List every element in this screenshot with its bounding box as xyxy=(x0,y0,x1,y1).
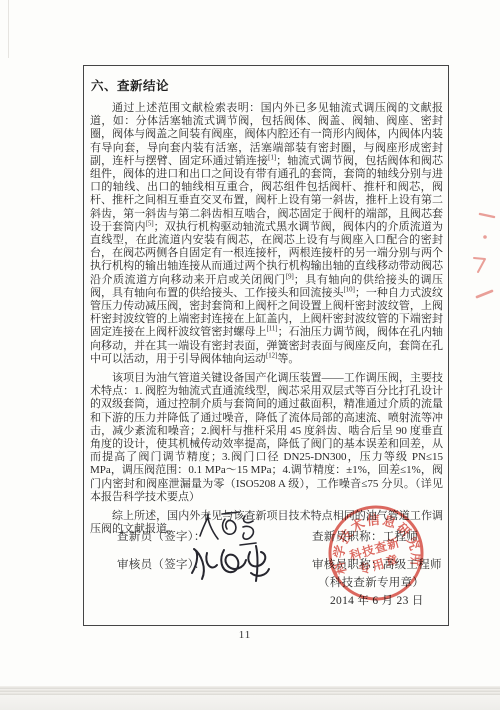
red-ink-marks xyxy=(468,200,500,310)
scan-edge-line xyxy=(8,0,9,58)
paragraph-literature-survey: 通过上述范围文献检索表明：国内外已多见轴流式调压阀的文献报道，如：分体活塞轴流式… xyxy=(90,102,443,366)
section-title: 六、查新结论 xyxy=(91,76,443,94)
auditor-handwritten-signature xyxy=(186,541,276,589)
paragraph-project-features: 该项目为油气管道关键设备国产化调压装置——工作调压阀，主要技术特点：1. 阀腔为… xyxy=(90,372,443,504)
paper-bottom-edge xyxy=(0,686,500,695)
page-number: 11 xyxy=(63,629,427,641)
scanner-background xyxy=(0,695,500,710)
